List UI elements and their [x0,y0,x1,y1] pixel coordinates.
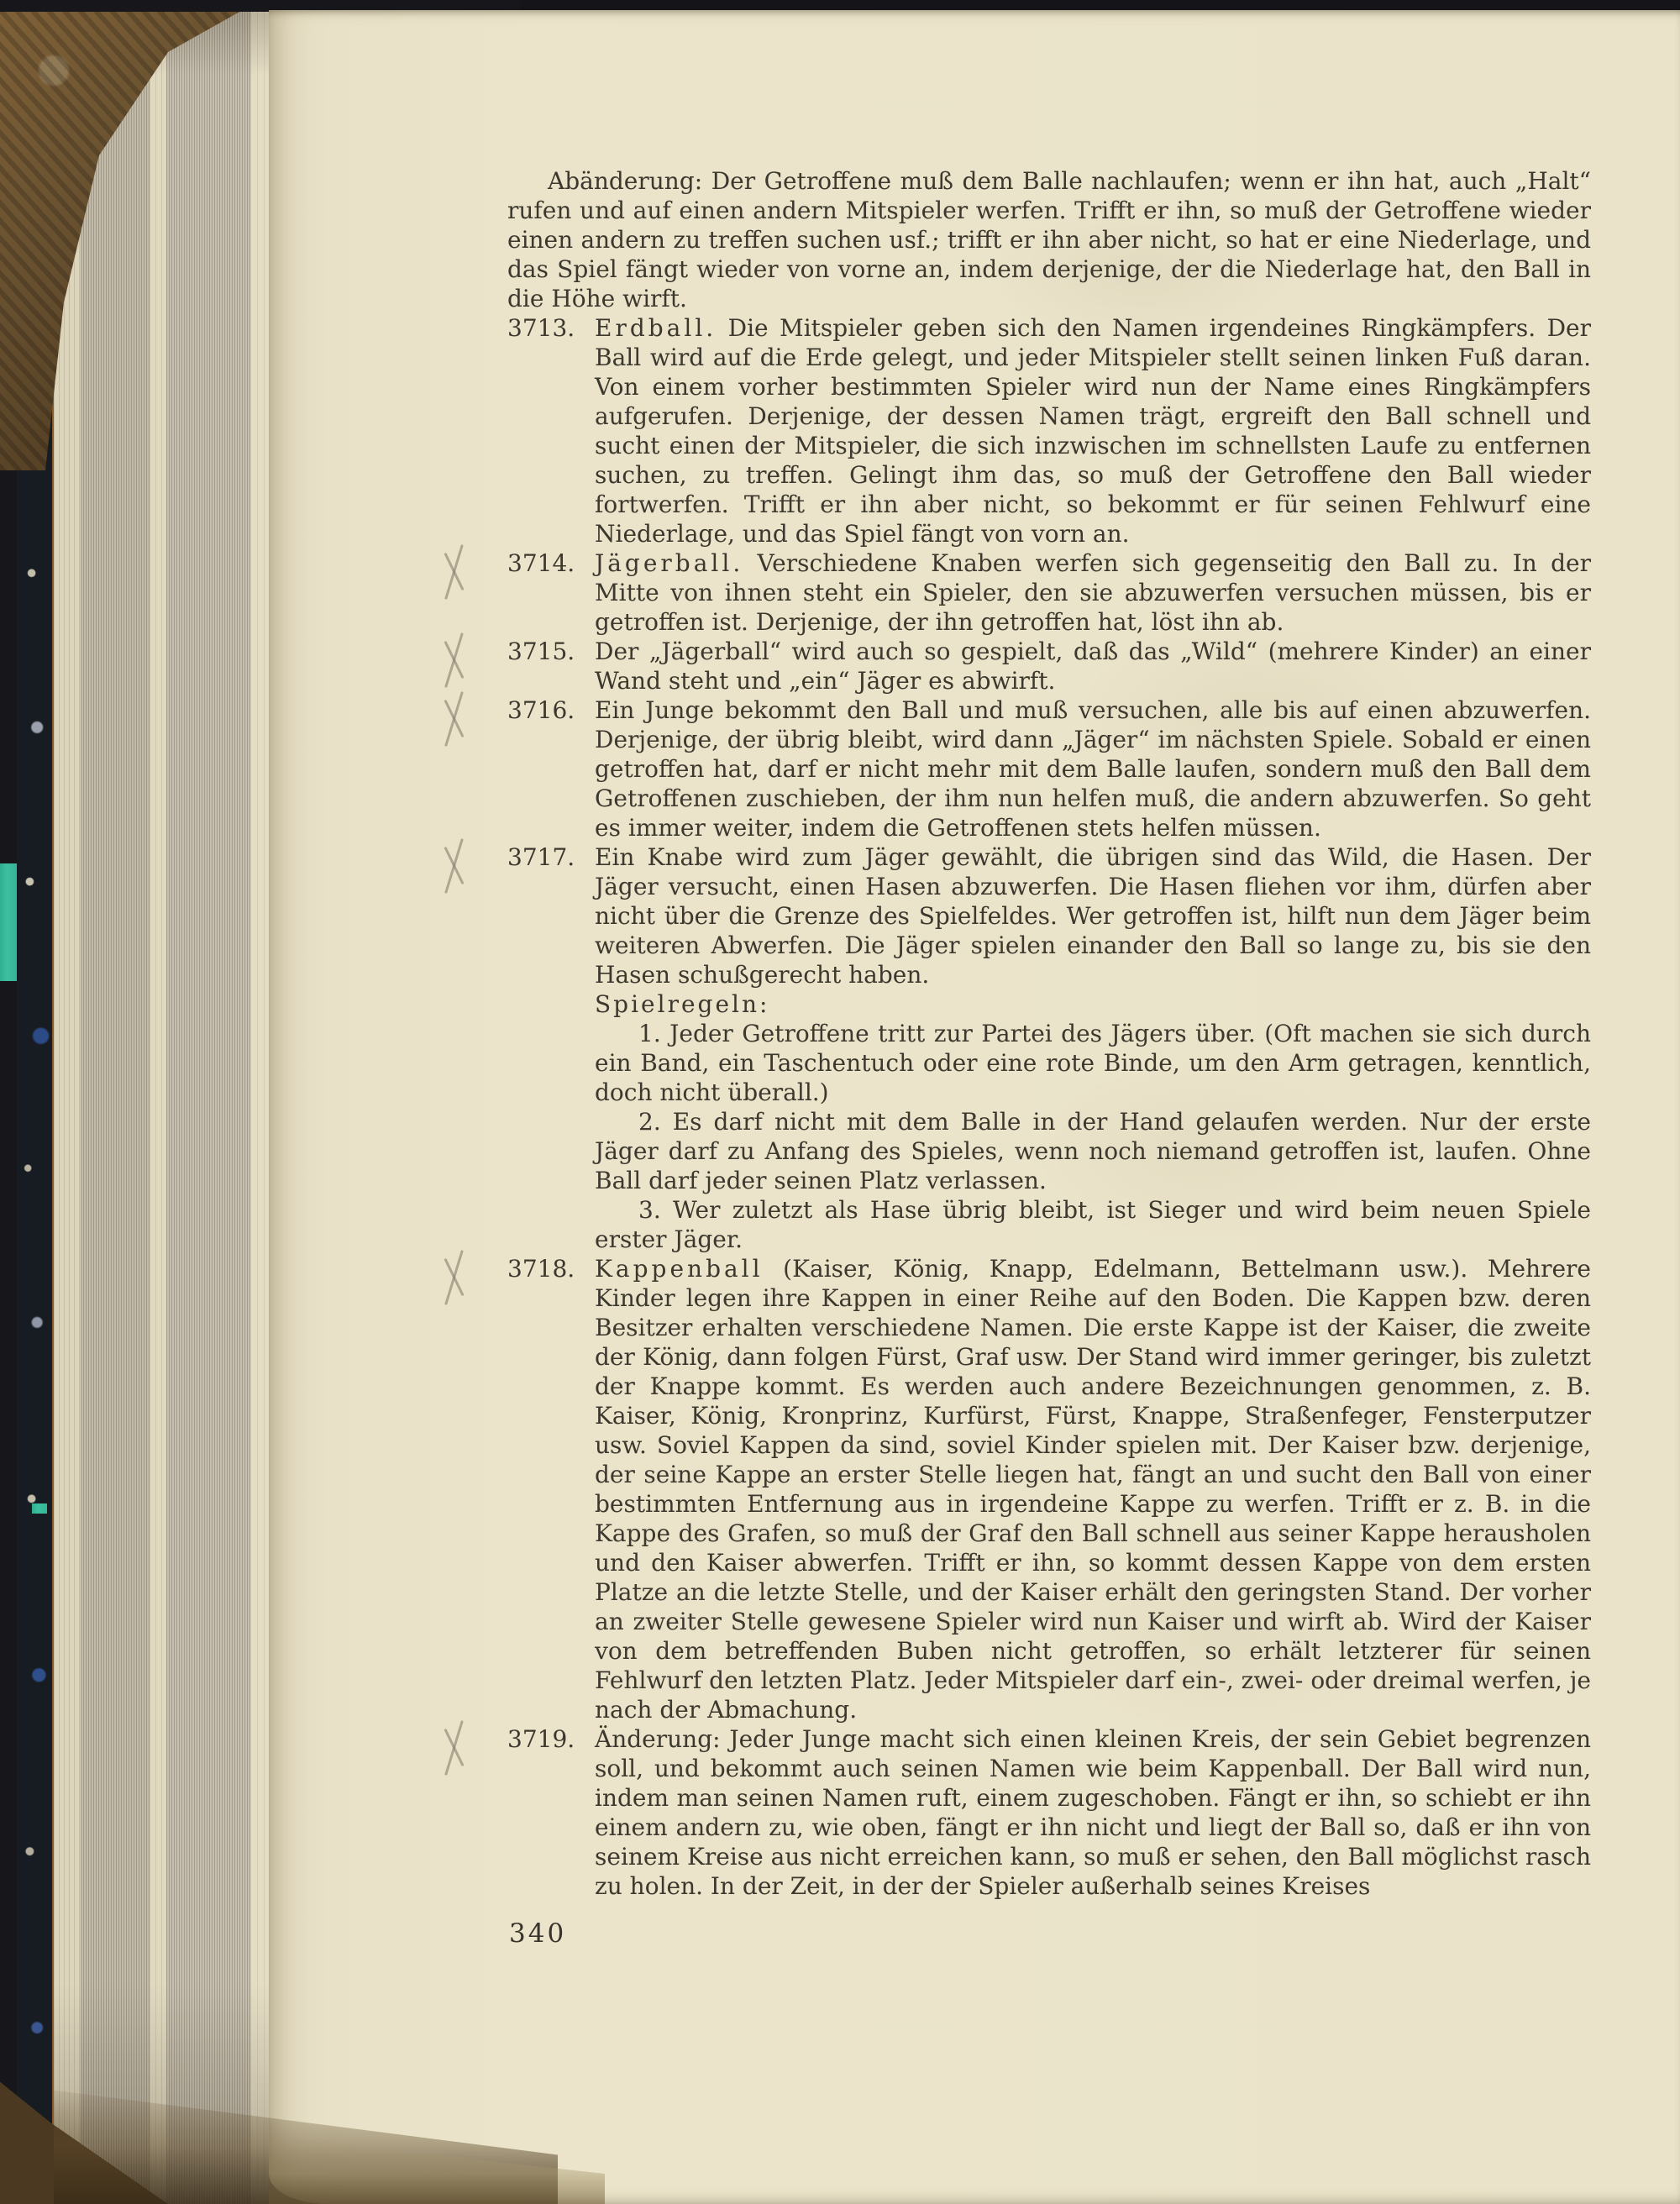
entry-number: 3719. [507,1724,595,1754]
teal-bookmark-patch [0,863,17,981]
margin-x-mark [435,1249,470,1306]
entry-text: Erdball. Die Mitspieler geben sich den N… [595,313,1591,548]
rule-item: 2. Es darf nicht mit dem Balle in der Ha… [595,1107,1591,1195]
catalog-entry: 3716.Ein Junge bekommt den Ball und muß … [507,695,1591,842]
entry-body-text: Ein Knabe wird zum Jäger gewählt, die üb… [595,843,1591,989]
entry-text: Ein Knabe wird zum Jäger gewählt, die üb… [595,842,1591,1254]
entry-number: 3716. [507,695,595,725]
catalog-entry: 3715.Der „Jägerball“ wird auch so gespie… [507,637,1591,695]
catalog-entry: 3718.Kappenball (Kaiser, König, Knapp, E… [507,1254,1591,1724]
book-page: Abänderung: Der Getroffene muß dem Balle… [269,10,1680,2204]
margin-x-mark [435,837,470,895]
entry-body-text: Änderung: Jeder Junge macht sich einen k… [595,1725,1591,1900]
rule-item: 1. Jeder Getroffene tritt zur Partei des… [595,1019,1591,1107]
entry-body-text: Verschiedene Knaben werfen sich gegensei… [595,549,1591,636]
page-edge-band [250,10,269,2204]
entry-body-text: Ein Junge bekommt den Ball und muß versu… [595,696,1591,842]
entry-number: 3714. [507,548,595,578]
entry-text: Kappenball (Kaiser, König, Knapp, Edelma… [595,1254,1591,1724]
entry-text: Der „Jägerball“ wird auch so gespielt, d… [595,637,1591,695]
catalog-entry: 3719.Änderung: Jeder Junge macht sich ei… [507,1724,1591,1901]
entry-body-text: Der „Jägerball“ wird auch so gespielt, d… [595,638,1591,695]
intro-paragraph: Abänderung: Der Getroffene muß dem Balle… [507,166,1591,313]
entry-text: Ein Junge bekommt den Ball und muß versu… [595,695,1591,842]
entry-title: Jägerball. [595,549,743,577]
margin-x-mark [435,632,470,689]
page-number: 340 [509,1918,566,1949]
entry-number: 3715. [507,637,595,666]
catalog-entry: 3714.Jägerball. Verschiedene Knaben werf… [507,548,1591,637]
page-edge-band [150,10,166,2204]
text-block: Abänderung: Der Getroffene muß dem Balle… [507,166,1591,1901]
entry-body-text: (Kaiser, König, Knapp, Edelmann, Bettelm… [595,1255,1591,1724]
margin-x-mark [435,690,470,748]
catalog-entry: 3713.Erdball. Die Mitspieler geben sich … [507,313,1591,548]
margin-x-mark [435,543,470,601]
page-edge-band [166,10,250,2204]
entry-number: 3713. [507,313,595,343]
entry-number: 3718. [507,1254,595,1283]
rules-heading: Spielregeln: [595,989,1591,1019]
entry-text: Jägerball. Verschiedene Knaben werfen si… [595,548,1591,637]
fanned-page-edges [54,10,269,2204]
rule-item: 3. Wer zuletzt als Hase übrig bleibt, is… [595,1195,1591,1254]
scanned-book-photo: Abänderung: Der Getroffene muß dem Balle… [0,0,1680,2204]
margin-x-mark [435,1719,470,1776]
entries-list: 3713.Erdball. Die Mitspieler geben sich … [507,313,1591,1901]
entry-title: Erdball. [595,314,717,342]
teal-bookmark-speck [32,1503,47,1514]
entry-text: Änderung: Jeder Junge macht sich einen k… [595,1724,1591,1901]
page-edge-band [81,10,150,2204]
entry-number: 3717. [507,842,595,872]
entry-title: Kappenball [595,1255,764,1283]
catalog-entry: 3717.Ein Knabe wird zum Jäger gewählt, d… [507,842,1591,1254]
entry-body-text: Die Mitspieler geben sich den Namen irge… [595,314,1591,548]
